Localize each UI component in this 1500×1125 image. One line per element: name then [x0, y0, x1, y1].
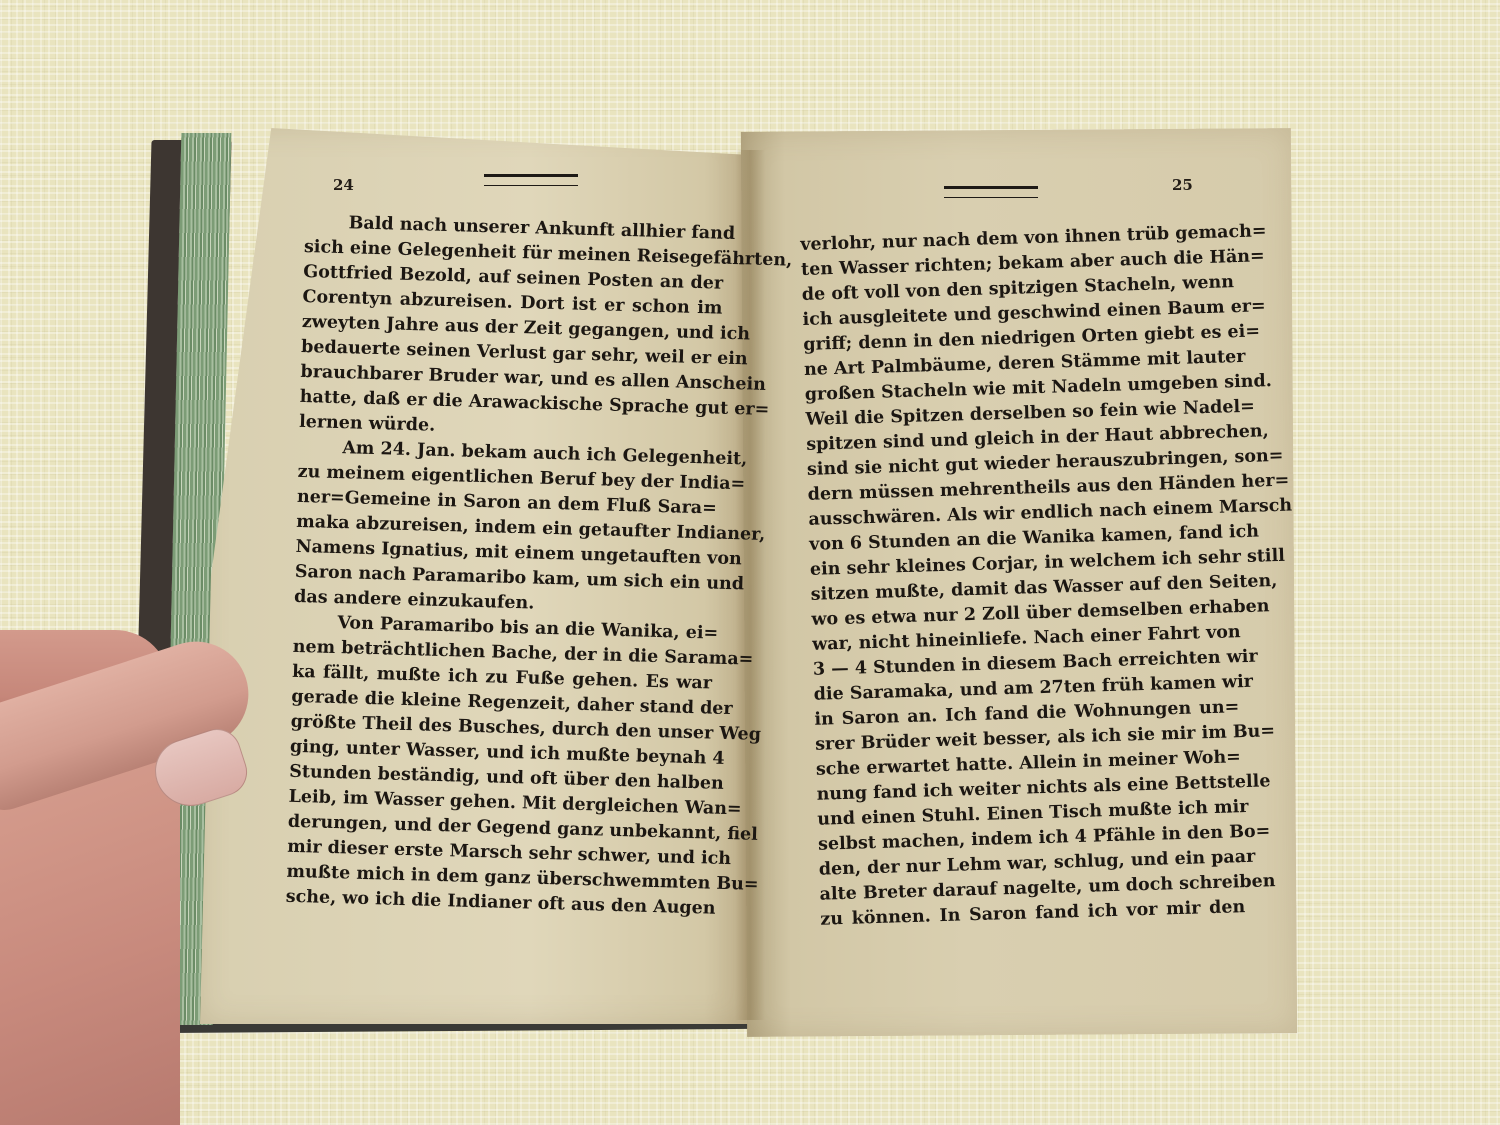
hand-holding-book — [0, 600, 270, 1125]
left-header-rule — [484, 174, 578, 186]
right-page-text: verlohr, nur nach dem von ihnen trüb gem… — [800, 220, 1246, 932]
right-header-rule — [944, 186, 1038, 198]
right-page-number: 25 — [1172, 176, 1193, 194]
left-page-number: 24 — [333, 176, 354, 194]
left-page-text: Bald nach unserer Ankunft allhier fand s… — [285, 210, 724, 921]
